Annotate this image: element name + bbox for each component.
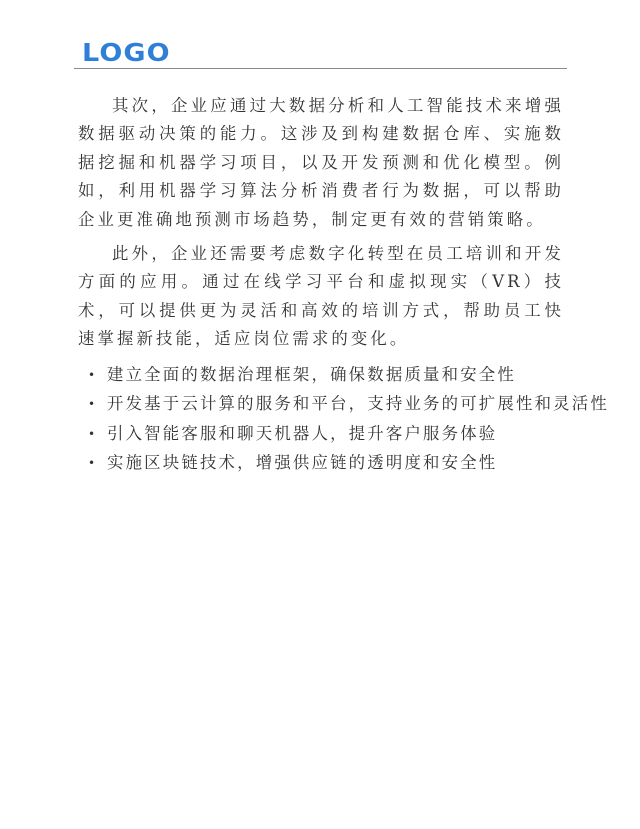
list-item: • 引入智能客服和聊天机器人，提升客户服务体验 (78, 419, 564, 449)
logo: LOGO (82, 40, 171, 65)
bullet-icon: • (88, 360, 97, 391)
bullet-icon: • (88, 419, 97, 450)
bullet-list: • 建立全面的数据治理框架，确保数据质量和安全性 • 开发基于云计算的服务和平台… (78, 360, 564, 478)
list-item-text: 实施区块链技术，增强供应链的透明度和安全性 (107, 453, 497, 472)
list-item: • 实施区块链技术，增强供应链的透明度和安全性 (78, 448, 564, 478)
header-divider (74, 68, 567, 69)
list-item: • 建立全面的数据治理框架，确保数据质量和安全性 (78, 360, 564, 390)
paragraph: 此外，企业还需要考虑数字化转型在员工培训和开发方面的应用。通过在线学习平台和虚拟… (78, 240, 564, 354)
bullet-icon: • (88, 448, 97, 479)
list-item: • 开发基于云计算的服务和平台，支持业务的可扩展性和灵活性 (78, 389, 564, 419)
bullet-icon: • (88, 389, 97, 420)
list-item-text: 建立全面的数据治理框架，确保数据质量和安全性 (107, 365, 516, 384)
list-item-text: 引入智能客服和聊天机器人，提升客户服务体验 (107, 424, 497, 443)
document-body: 其次，企业应通过大数据分析和人工智能技术来增强数据驱动决策的能力。这涉及到构建数… (78, 92, 564, 478)
list-item-text: 开发基于云计算的服务和平台，支持业务的可扩展性和灵活性 (107, 394, 609, 413)
paragraph: 其次，企业应通过大数据分析和人工智能技术来增强数据驱动决策的能力。这涉及到构建数… (78, 92, 564, 234)
